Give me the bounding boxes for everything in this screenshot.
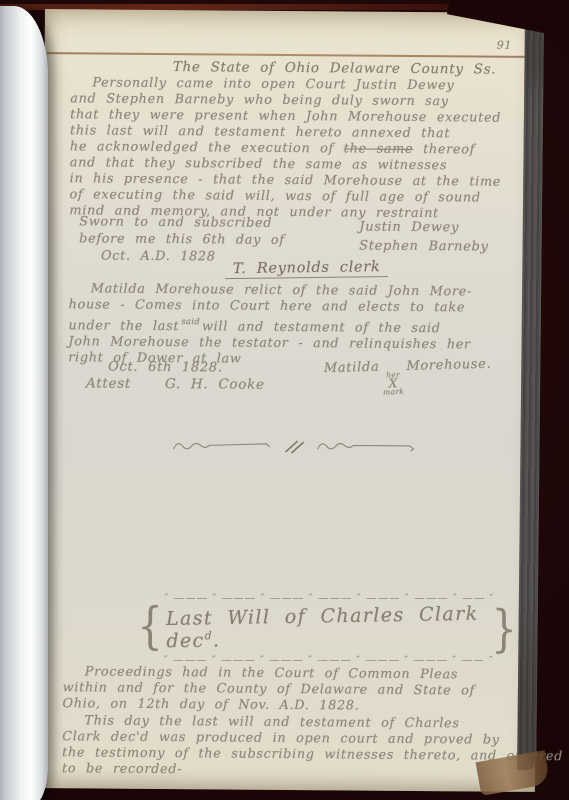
turning-page-curl [0, 6, 48, 800]
signature-last-name: Morehouse. [406, 357, 491, 374]
witness-testimony-paragraph: Personally came into open Court Justin D… [69, 75, 522, 223]
election-date: Oct. 6th 1828. [108, 360, 223, 376]
book-photo-background: 91 The State of Ohio Delaware County Ss.… [0, 0, 569, 800]
attestation-line: Attest G. H. Cooke [86, 375, 265, 392]
left-brace-ornament: { [137, 598, 163, 654]
ledger-page: 91 The State of Ohio Delaware County Ss.… [39, 9, 541, 792]
line-text: will and testament of the said [202, 319, 441, 336]
dower-election-paragraph: Matilda Morehouse relict of the said Joh… [68, 281, 521, 370]
mark-label: mark [383, 388, 404, 396]
page-top-rule [47, 52, 539, 58]
line-text: he acknowledged the execution of [70, 139, 344, 156]
will-title-superscript: d [204, 629, 213, 642]
jurat-line: before me this 6th day of [79, 230, 285, 249]
manuscript-line: to be recorded- [62, 761, 520, 781]
proceedings-paragraph: Proceedings had in the Court of Common P… [62, 664, 521, 781]
jurat-line: Sworn to and subscribed [79, 213, 285, 232]
line-text: thereof [413, 142, 475, 157]
will-title: Last Will of Charles Clark decd. [166, 602, 489, 652]
page-number: 91 [497, 39, 513, 52]
struck-out-words: the same [344, 141, 414, 157]
interlined-word: said [181, 317, 200, 327]
will-title-block: { Last Will of Charles Clark decd. } [134, 597, 520, 658]
witness-signature: Justin Dewey [359, 219, 489, 239]
attest-name: G. H. Cooke [165, 376, 265, 393]
matilda-mark-signature: MatildaherXmarkMorehouse. [324, 357, 493, 398]
signature-first-name: Matilda [324, 360, 380, 376]
section-divider-flourish [170, 436, 420, 458]
right-brace-ornament: } [491, 601, 517, 657]
attest-label: Attest [86, 375, 131, 391]
jurat-block: Sworn to and subscribed before me this 6… [79, 213, 285, 266]
witness-signatures: Justin Dewey Stephen Barneby [359, 219, 489, 257]
her-mark-x: herXmark [383, 371, 405, 396]
witness-signature: Stephen Barneby [359, 237, 489, 257]
venue-heading: The State of Ohio Delaware County Ss. [134, 59, 534, 78]
clerk-signature: T. Reynolds clerk [225, 259, 389, 279]
will-title-period: . [213, 629, 221, 651]
line-text: under the last [68, 318, 179, 334]
